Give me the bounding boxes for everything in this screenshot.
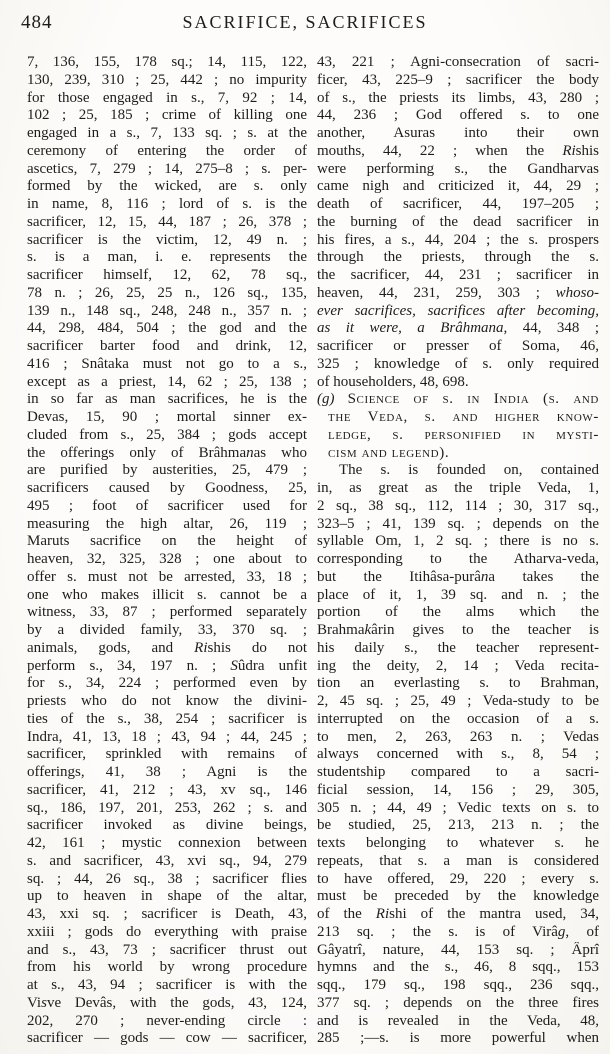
text-line: but the Itihâsa-purâna takes the bbox=[317, 569, 599, 587]
right-column: 43, 221 ; Agni-consecration of sacri-fic… bbox=[317, 54, 599, 1048]
text-run: tion an everlasting s. to Brahman, bbox=[317, 675, 599, 691]
text-run: sacrificer is the victim, 12, 49 n. ; bbox=[27, 232, 307, 248]
text-line: Maruts sacrifice on the height of bbox=[27, 533, 307, 551]
text-run: 213 sq. ; the s. is of Virâ bbox=[317, 924, 558, 940]
text-line: and s., 43, 73 ; sacrificer thrust out bbox=[27, 942, 307, 960]
text-run: shis bbox=[576, 143, 599, 159]
text-run: 44, 236 ; God offered s. to one bbox=[317, 107, 599, 123]
text-run: death of sacrificer, 44, 197–205 ; bbox=[317, 196, 599, 212]
text-line: syllable Om, 1, 2 sq. ; there is no s. bbox=[317, 533, 599, 551]
text-line: from his world by wrong procedure bbox=[27, 959, 307, 977]
text-run: up to heaven in shape of the altar, bbox=[27, 888, 307, 904]
text-run: 44, 298, 484, 504 ; the god and the bbox=[27, 320, 307, 336]
text-run: sacrificer — gods — cow — sacrificer, bbox=[27, 1030, 307, 1046]
text-line: be studied, 25, 213, 213 n. ; the bbox=[317, 817, 599, 835]
text-run: ceremony of entering the order of bbox=[27, 143, 307, 159]
text-line: xxiii ; gods do everything with praise bbox=[27, 924, 307, 942]
text-line: portion of the alms which the bbox=[317, 604, 599, 622]
text-run: Gâyatrî, nature, 44, 153 sq. ; Âprî bbox=[317, 942, 599, 958]
text-run: of householders, 48, 698. bbox=[317, 374, 469, 390]
text-run: place of it, 1, 39 sq. and n. ; the bbox=[317, 587, 599, 603]
text-line: perform s., 34, 197 n. ; Sûdra unfit bbox=[27, 658, 307, 676]
text-run: texts belonging to whatever s. he bbox=[317, 835, 599, 851]
text-line: 44, 298, 484, 504 ; the god and the bbox=[27, 320, 307, 338]
text-run: whoso- bbox=[556, 285, 599, 301]
text-line: the burning of the dead sacrificer in bbox=[317, 214, 599, 232]
text-run: Science of s. in India (s. and bbox=[348, 391, 599, 407]
text-line: 377 sq. ; depends on the three fires bbox=[317, 995, 599, 1013]
text-line: except as a priest, 14, 62 ; 25, 138 ; bbox=[27, 374, 307, 392]
text-run: Devas, 15, 90 ; mortal sinner ex- bbox=[27, 409, 307, 425]
text-run: sacrificer barter food and drink, 12, bbox=[27, 338, 307, 354]
text-run: xxiii ; gods do everything with praise bbox=[27, 924, 307, 940]
text-run: 130, 239, 310 ; 25, 442 ; no impurity bbox=[27, 72, 307, 88]
text-line: were performing s., the Gandharvas bbox=[317, 161, 599, 179]
text-run: ledge, s. personified in mysti- bbox=[328, 427, 599, 443]
text-run: (g) bbox=[317, 391, 348, 407]
text-run: Brahma bbox=[317, 622, 364, 638]
page-header: 484 SACRIFICE, SACRIFICES bbox=[0, 11, 610, 37]
text-line: the offerings only of Brâhmanas who bbox=[27, 445, 307, 463]
text-run: Maruts sacrifice on the height of bbox=[27, 533, 307, 549]
text-line: cism and legend). bbox=[317, 445, 599, 463]
text-line: of s., the priests its limbs, 43, 280 ; bbox=[317, 90, 599, 108]
text-line: ties of the s., 38, 254 ; sacrificer is bbox=[27, 711, 307, 729]
text-line: are purified by austerities, 25, 479 ; bbox=[27, 462, 307, 480]
text-run: and is revealed in the Veda, 48, bbox=[317, 1013, 599, 1029]
text-run: hymns and the s., 46, 8 sqq., 153 bbox=[317, 959, 599, 975]
text-line: Visve Devâs, with the gods, 43, 124, bbox=[27, 995, 307, 1013]
text-run: sacrificer, 41, 212 ; 43, xv sq., 146 bbox=[27, 782, 307, 798]
text-line: his fires, a s., 44, 204 ; the s. prospe… bbox=[317, 232, 599, 250]
text-run: ties of the s., 38, 254 ; sacrificer is bbox=[27, 711, 307, 727]
text-line: 305 n. ; 44, 49 ; Vedic texts on s. to bbox=[317, 800, 599, 818]
text-line: of householders, 48, 698. bbox=[317, 374, 599, 392]
text-run: cluded from s., 25, 384 ; gods accept bbox=[27, 427, 307, 443]
text-line: always concerned with s., 8, 54 ; bbox=[317, 746, 599, 764]
text-run: in, as great as the triple Veda, 1, bbox=[317, 480, 599, 496]
text-run: are purified by austerities, 25, 479 ; bbox=[27, 462, 307, 478]
text-run: one who makes illicit s. cannot be a bbox=[27, 587, 307, 603]
text-run: always concerned with s., 8, 54 ; bbox=[317, 746, 599, 762]
text-run: for s., 34, 224 ; performed even by bbox=[27, 675, 307, 691]
text-run: offerings, 41, 38 ; Agni is the bbox=[27, 764, 307, 780]
text-run: Ri bbox=[376, 906, 389, 922]
text-run: the offerings only of Brâhma bbox=[27, 445, 246, 461]
text-run: priests who do not know the divini- bbox=[27, 693, 307, 709]
text-run: animals, gods, and bbox=[27, 640, 194, 656]
text-run: to men, 2, 263, 263 n. ; Vedas bbox=[317, 729, 599, 745]
text-line: s. and sacrificer, 43, xvi sq., 94, 279 bbox=[27, 853, 307, 871]
text-run: from his world by wrong procedure bbox=[27, 959, 307, 975]
text-run: heaven, 32, 325, 328 ; one about to bbox=[27, 551, 307, 567]
text-run: mouths, 44, 22 ; when the bbox=[317, 143, 562, 159]
text-line: to have offered, 29, 220 ; every s. bbox=[317, 871, 599, 889]
text-run: in so far as man sacrifices, he is the bbox=[27, 391, 307, 407]
text-run: Ri bbox=[562, 143, 575, 159]
text-line: sacrificer, sprinkled with remains of bbox=[27, 746, 307, 764]
text-run: heaven, 44, 231, 259, 303 ; bbox=[317, 285, 556, 301]
text-run: 325 ; knowledge of s. only required bbox=[317, 356, 599, 372]
text-line: sacrificer, 41, 212 ; 43, xv sq., 146 bbox=[27, 782, 307, 800]
text-line: 323–5 ; 41, 139 sq. ; depends on the bbox=[317, 516, 599, 534]
text-run: at s., 43, 94 ; sacrificer is with the bbox=[27, 977, 307, 993]
text-line: 285 ;—s. is more powerful when bbox=[317, 1030, 599, 1048]
text-run: corresponding to the Atharva-veda, bbox=[317, 551, 599, 567]
text-run: sacrificer, sprinkled with remains of bbox=[27, 746, 307, 762]
text-line: s. is a man, i. e. represents the bbox=[27, 249, 307, 267]
text-line: animals, gods, and Rishis do not bbox=[27, 640, 307, 658]
text-run: Vi bbox=[27, 995, 41, 1011]
text-line: 43, xxi sq. ; sacrificer is Death, 43, bbox=[27, 906, 307, 924]
text-line: 202, 270 ; never-ending circle : bbox=[27, 1013, 307, 1031]
text-run: sacrificer, 12, 15, 44, 187 ; 26, 378 ; bbox=[27, 214, 307, 230]
text-run: of the bbox=[317, 906, 376, 922]
text-run: The s. is founded on, contained bbox=[339, 462, 599, 478]
text-line: sq., 186, 197, 201, 253, 262 ; s. and bbox=[27, 800, 307, 818]
text-run: 78 n. ; 26, 25, 25 n., 126 sq., 135, bbox=[27, 285, 307, 301]
text-run: by a divided family, 33, 370 sq. ; bbox=[27, 622, 307, 638]
text-line: the Veda, s. and higher know- bbox=[317, 409, 599, 427]
text-run: studentship compared to a sacri- bbox=[317, 764, 599, 780]
text-line: 43, 221 ; Agni-consecration of sacri- bbox=[317, 54, 599, 72]
text-line: measuring the high altar, 26, 119 ; bbox=[27, 516, 307, 534]
text-line: tion an everlasting s. to Brahman, bbox=[317, 675, 599, 693]
text-line: Devas, 15, 90 ; mortal sinner ex- bbox=[27, 409, 307, 427]
text-line: 325 ; knowledge of s. only required bbox=[317, 356, 599, 374]
text-run: through the priests, through the s. bbox=[317, 249, 599, 265]
text-line: texts belonging to whatever s. he bbox=[317, 835, 599, 853]
text-run: 416 ; Snâtaka must not go to a s., bbox=[27, 356, 307, 372]
text-run: interrupted on the occasion of a s. bbox=[317, 711, 599, 727]
text-run: except as a priest, 14, 62 ; 25, 138 ; bbox=[27, 374, 307, 390]
text-run: sqq., 179 sq., 198 sqq., 236 sqq., bbox=[317, 977, 599, 993]
text-line: Indra, 41, 13, 18 ; 43, 94 ; 44, 245 ; bbox=[27, 729, 307, 747]
text-line: must be preceded by the knowledge bbox=[317, 888, 599, 906]
text-line: witness, 33, 87 ; performed separately bbox=[27, 604, 307, 622]
text-line: 102 ; 25, 185 ; crime of killing one bbox=[27, 107, 307, 125]
text-line: 213 sq. ; the s. is of Virâg, of bbox=[317, 924, 599, 942]
text-line: ledge, s. personified in mysti- bbox=[317, 427, 599, 445]
text-run: shi of the mantra used, 34, bbox=[389, 906, 599, 922]
text-line: one who makes illicit s. cannot be a bbox=[27, 587, 307, 605]
text-run: sacrificer invoked as divine beings, bbox=[27, 817, 307, 833]
text-line: death of sacrificer, 44, 197–205 ; bbox=[317, 196, 599, 214]
text-line: to men, 2, 263, 263 n. ; Vedas bbox=[317, 729, 599, 747]
text-run: 44, 348 ; bbox=[523, 320, 599, 336]
text-run: were performing s., the Gandharvas bbox=[317, 161, 599, 177]
text-line: Brahmakârin gives to the teacher is bbox=[317, 622, 599, 640]
text-line: priests who do not know the divini- bbox=[27, 693, 307, 711]
text-line: and is revealed in the Veda, 48, bbox=[317, 1013, 599, 1031]
text-run: came nigh and criticized it, 44, 29 ; bbox=[317, 178, 599, 194]
text-line: 130, 239, 310 ; 25, 442 ; no impurity bbox=[27, 72, 307, 90]
text-run: 2 sq., 38 sq., 112, 114 ; 30, 317 sq., bbox=[317, 498, 599, 514]
text-line: 495 ; foot of sacrificer used for bbox=[27, 498, 307, 516]
text-line: offer s. must not be arrested, 33, 18 ; bbox=[27, 569, 307, 587]
text-line: another, Asuras into their own bbox=[317, 125, 599, 143]
text-line: repeats, that s. a man is considered bbox=[317, 853, 599, 871]
text-run: be studied, 25, 213, 213 n. ; the bbox=[317, 817, 599, 833]
text-run: for those engaged in s., 7, 92 ; 14, bbox=[27, 90, 307, 106]
text-run: 7, 136, 155, 178 sq.; 14, 115, 122, bbox=[27, 54, 307, 70]
text-line: 139 n., 148 sq., 248, 248 n., 357 n. ; bbox=[27, 303, 307, 321]
text-line: through the priests, through the s. bbox=[317, 249, 599, 267]
text-run: his fires, a s., 44, 204 ; the s. prospe… bbox=[317, 232, 599, 248]
text-run: a takes the bbox=[488, 569, 599, 585]
text-run: 377 sq. ; depends on the three fires bbox=[317, 995, 599, 1011]
text-run: syllable Om, 1, 2 sq. ; there is no s. bbox=[317, 533, 599, 549]
text-line: sacrificers caused by Goodness, 25, bbox=[27, 480, 307, 498]
text-line: corresponding to the Atharva-veda, bbox=[317, 551, 599, 569]
text-run: Indra, 41, 13, 18 ; 43, 94 ; 44, 245 ; bbox=[27, 729, 307, 745]
text-run: n bbox=[246, 445, 254, 461]
text-line: heaven, 32, 325, 328 ; one about to bbox=[27, 551, 307, 569]
text-line: The s. is founded on, contained bbox=[317, 462, 599, 480]
text-line: mouths, 44, 22 ; when the Rishis bbox=[317, 143, 599, 161]
text-line: 44, 236 ; God offered s. to one bbox=[317, 107, 599, 125]
text-line: ficer, 43, 225–9 ; sacrificer the body bbox=[317, 72, 599, 90]
text-run: ârin gives to the teacher is bbox=[371, 622, 599, 638]
text-run: but the Itihâsa-purâ bbox=[317, 569, 481, 585]
text-line: for those engaged in s., 7, 92 ; 14, bbox=[27, 90, 307, 108]
text-line: in, as great as the triple Veda, 1, bbox=[317, 480, 599, 498]
text-line: ascetics, 7, 279 ; 14, 275–8 ; s. per- bbox=[27, 161, 307, 179]
text-run: formed by the wicked, are s. only bbox=[27, 178, 307, 194]
text-line: his daily s., the teacher represent- bbox=[317, 640, 599, 658]
text-run: ûdra unfit bbox=[238, 658, 307, 674]
text-run: 305 n. ; 44, 49 ; Vedic texts on s. to bbox=[317, 800, 599, 816]
text-run: ve Devâs, with the gods, 43, 124, bbox=[47, 995, 307, 1011]
text-run: sq., 186, 197, 201, 253, 262 ; s. and bbox=[27, 800, 307, 816]
text-run: 202, 270 ; never-ending circle : bbox=[27, 1013, 307, 1029]
text-run: repeats, that s. a man is considered bbox=[317, 853, 599, 869]
text-line: ing the deity, 2, 14 ; Veda recita- bbox=[317, 658, 599, 676]
text-run: as who bbox=[254, 445, 307, 461]
text-line: (g) Science of s. in India (s. and bbox=[317, 391, 599, 409]
text-columns: 7, 136, 155, 178 sq.; 14, 115, 122,130, … bbox=[27, 54, 599, 1048]
text-line: by a divided family, 33, 370 sq. ; bbox=[27, 622, 307, 640]
text-line: as it were, a Brâhmana, 44, 348 ; bbox=[317, 320, 599, 338]
text-run: engaged in a s., 7, 133 sq. ; s. at the bbox=[27, 125, 307, 141]
text-line: sacrificer himself, 12, 62, 78 sq., bbox=[27, 267, 307, 285]
text-run: as it were, a Brâhmana, bbox=[317, 320, 523, 336]
text-run: another, Asuras into their own bbox=[317, 125, 599, 141]
text-run: measuring the high altar, 26, 119 ; bbox=[27, 516, 307, 532]
text-line: 7, 136, 155, 178 sq.; 14, 115, 122, bbox=[27, 54, 307, 72]
text-run: of s., the priests its limbs, 43, 280 ; bbox=[317, 90, 599, 106]
text-line: sacrificer is the victim, 12, 49 n. ; bbox=[27, 232, 307, 250]
text-line: sacrificer, 12, 15, 44, 187 ; 26, 378 ; bbox=[27, 214, 307, 232]
text-run: the sacrificer, 44, 231 ; sacrificer in bbox=[317, 267, 599, 283]
text-run: s. is a man, i. e. represents the bbox=[27, 249, 307, 265]
text-line: sacrificer barter food and drink, 12, bbox=[27, 338, 307, 356]
text-run: 323–5 ; 41, 139 sq. ; depends on the bbox=[317, 516, 599, 532]
book-page-scan: 484 SACRIFICE, SACRIFICES 7, 136, 155, 1… bbox=[0, 0, 610, 1054]
text-line: sq. ; 44, 26 sq., 38 ; sacrificer flies bbox=[27, 871, 307, 889]
text-line: ceremony of entering the order of bbox=[27, 143, 307, 161]
text-line: sacrificer invoked as divine beings, bbox=[27, 817, 307, 835]
text-run: ever sacrifices, sacrifices after becomi… bbox=[317, 303, 599, 319]
text-line: 78 n. ; 26, 25, 25 n., 126 sq., 135, bbox=[27, 285, 307, 303]
text-run: s. and sacrificer, 43, xvi sq., 94, 279 bbox=[27, 853, 307, 869]
text-line: in so far as man sacrifices, he is the bbox=[27, 391, 307, 409]
text-run: S bbox=[230, 658, 238, 674]
text-run: sacrificer or presser of Soma, 46, bbox=[317, 338, 599, 354]
text-run: witness, 33, 87 ; performed separately bbox=[27, 604, 307, 620]
text-run: cism and legend). bbox=[328, 445, 449, 461]
text-line: ficial session, 14, 156 ; 29, 305, bbox=[317, 782, 599, 800]
text-line: place of it, 1, 39 sq. and n. ; the bbox=[317, 587, 599, 605]
text-run: ficial session, 14, 156 ; 29, 305, bbox=[317, 782, 599, 798]
text-run: sacrificers caused by Goodness, 25, bbox=[27, 480, 307, 496]
text-run: ascetics, 7, 279 ; 14, 275–8 ; s. per- bbox=[27, 161, 307, 177]
text-run: and s., 43, 73 ; sacrificer thrust out bbox=[27, 942, 307, 958]
text-run: 2, 45 sq. ; 25, 49 ; Veda-study to be bbox=[317, 693, 599, 709]
text-line: engaged in a s., 7, 133 sq. ; s. at the bbox=[27, 125, 307, 143]
text-run: 43, 221 ; Agni-consecration of sacri- bbox=[317, 54, 599, 70]
text-line: 416 ; Snâtaka must not go to a s., bbox=[27, 356, 307, 374]
text-run: perform s., 34, 197 n. ; bbox=[27, 658, 230, 674]
text-line: in name, 8, 116 ; lord of s. is the bbox=[27, 196, 307, 214]
text-line: formed by the wicked, are s. only bbox=[27, 178, 307, 196]
text-run: 102 ; 25, 185 ; crime of killing one bbox=[27, 107, 307, 123]
text-run: 43, xxi sq. ; sacrificer is Death, 43, bbox=[27, 906, 307, 922]
text-run: must be preceded by the knowledge bbox=[317, 888, 599, 904]
text-line: for s., 34, 224 ; performed even by bbox=[27, 675, 307, 693]
text-run: sq. ; 44, 26 sq., 38 ; sacrificer flies bbox=[27, 871, 307, 887]
text-run: , of bbox=[565, 924, 599, 940]
text-line: sqq., 179 sq., 198 sqq., 236 sqq., bbox=[317, 977, 599, 995]
text-run: ing the deity, 2, 14 ; Veda recita- bbox=[317, 658, 599, 674]
text-run: ficer, 43, 225–9 ; sacrificer the body bbox=[317, 72, 599, 88]
text-run: the Veda, s. and higher know- bbox=[328, 409, 599, 425]
text-line: hymns and the s., 46, 8 sqq., 153 bbox=[317, 959, 599, 977]
text-run: 285 ;—s. is more powerful when bbox=[317, 1030, 599, 1046]
text-line: sacrificer or presser of Soma, 46, bbox=[317, 338, 599, 356]
left-column: 7, 136, 155, 178 sq.; 14, 115, 122,130, … bbox=[27, 54, 307, 1048]
text-run: 139 n., 148 sq., 248, 248 n., 357 n. ; bbox=[27, 303, 307, 319]
page-title: SACRIFICE, SACRIFICES bbox=[0, 11, 610, 33]
text-run: 495 ; foot of sacrificer used for bbox=[27, 498, 307, 514]
text-line: interrupted on the occasion of a s. bbox=[317, 711, 599, 729]
text-line: cluded from s., 25, 384 ; gods accept bbox=[27, 427, 307, 445]
text-run: offer s. must not be arrested, 33, 18 ; bbox=[27, 569, 307, 585]
text-run: in name, 8, 116 ; lord of s. is the bbox=[27, 196, 307, 212]
text-line: of the Rishi of the mantra used, 34, bbox=[317, 906, 599, 924]
text-run: shis do not bbox=[208, 640, 308, 656]
text-run: Ri bbox=[194, 640, 207, 656]
text-line: 2 sq., 38 sq., 112, 114 ; 30, 317 sq., bbox=[317, 498, 599, 516]
text-line: studentship compared to a sacri- bbox=[317, 764, 599, 782]
text-run: sacrificer himself, 12, 62, 78 sq., bbox=[27, 267, 307, 283]
text-line: 2, 45 sq. ; 25, 49 ; Veda-study to be bbox=[317, 693, 599, 711]
text-line: ever sacrifices, sacrifices after becomi… bbox=[317, 303, 599, 321]
text-line: the sacrificer, 44, 231 ; sacrificer in bbox=[317, 267, 599, 285]
text-line: Gâyatrî, nature, 44, 153 sq. ; Âprî bbox=[317, 942, 599, 960]
text-run: 42, 161 ; mystic connexion between bbox=[27, 835, 307, 851]
text-line: came nigh and criticized it, 44, 29 ; bbox=[317, 178, 599, 196]
text-line: at s., 43, 94 ; sacrificer is with the bbox=[27, 977, 307, 995]
text-line: heaven, 44, 231, 259, 303 ; whoso- bbox=[317, 285, 599, 303]
text-run: portion of the alms which the bbox=[317, 604, 599, 620]
text-run: to have offered, 29, 220 ; every s. bbox=[317, 871, 599, 887]
text-line: up to heaven in shape of the altar, bbox=[27, 888, 307, 906]
text-run: the burning of the dead sacrificer in bbox=[317, 214, 599, 230]
text-line: offerings, 41, 38 ; Agni is the bbox=[27, 764, 307, 782]
text-line: sacrificer — gods — cow — sacrificer, bbox=[27, 1030, 307, 1048]
page-number: 484 bbox=[21, 12, 53, 34]
text-line: 42, 161 ; mystic connexion between bbox=[27, 835, 307, 853]
text-run: his daily s., the teacher represent- bbox=[317, 640, 599, 656]
